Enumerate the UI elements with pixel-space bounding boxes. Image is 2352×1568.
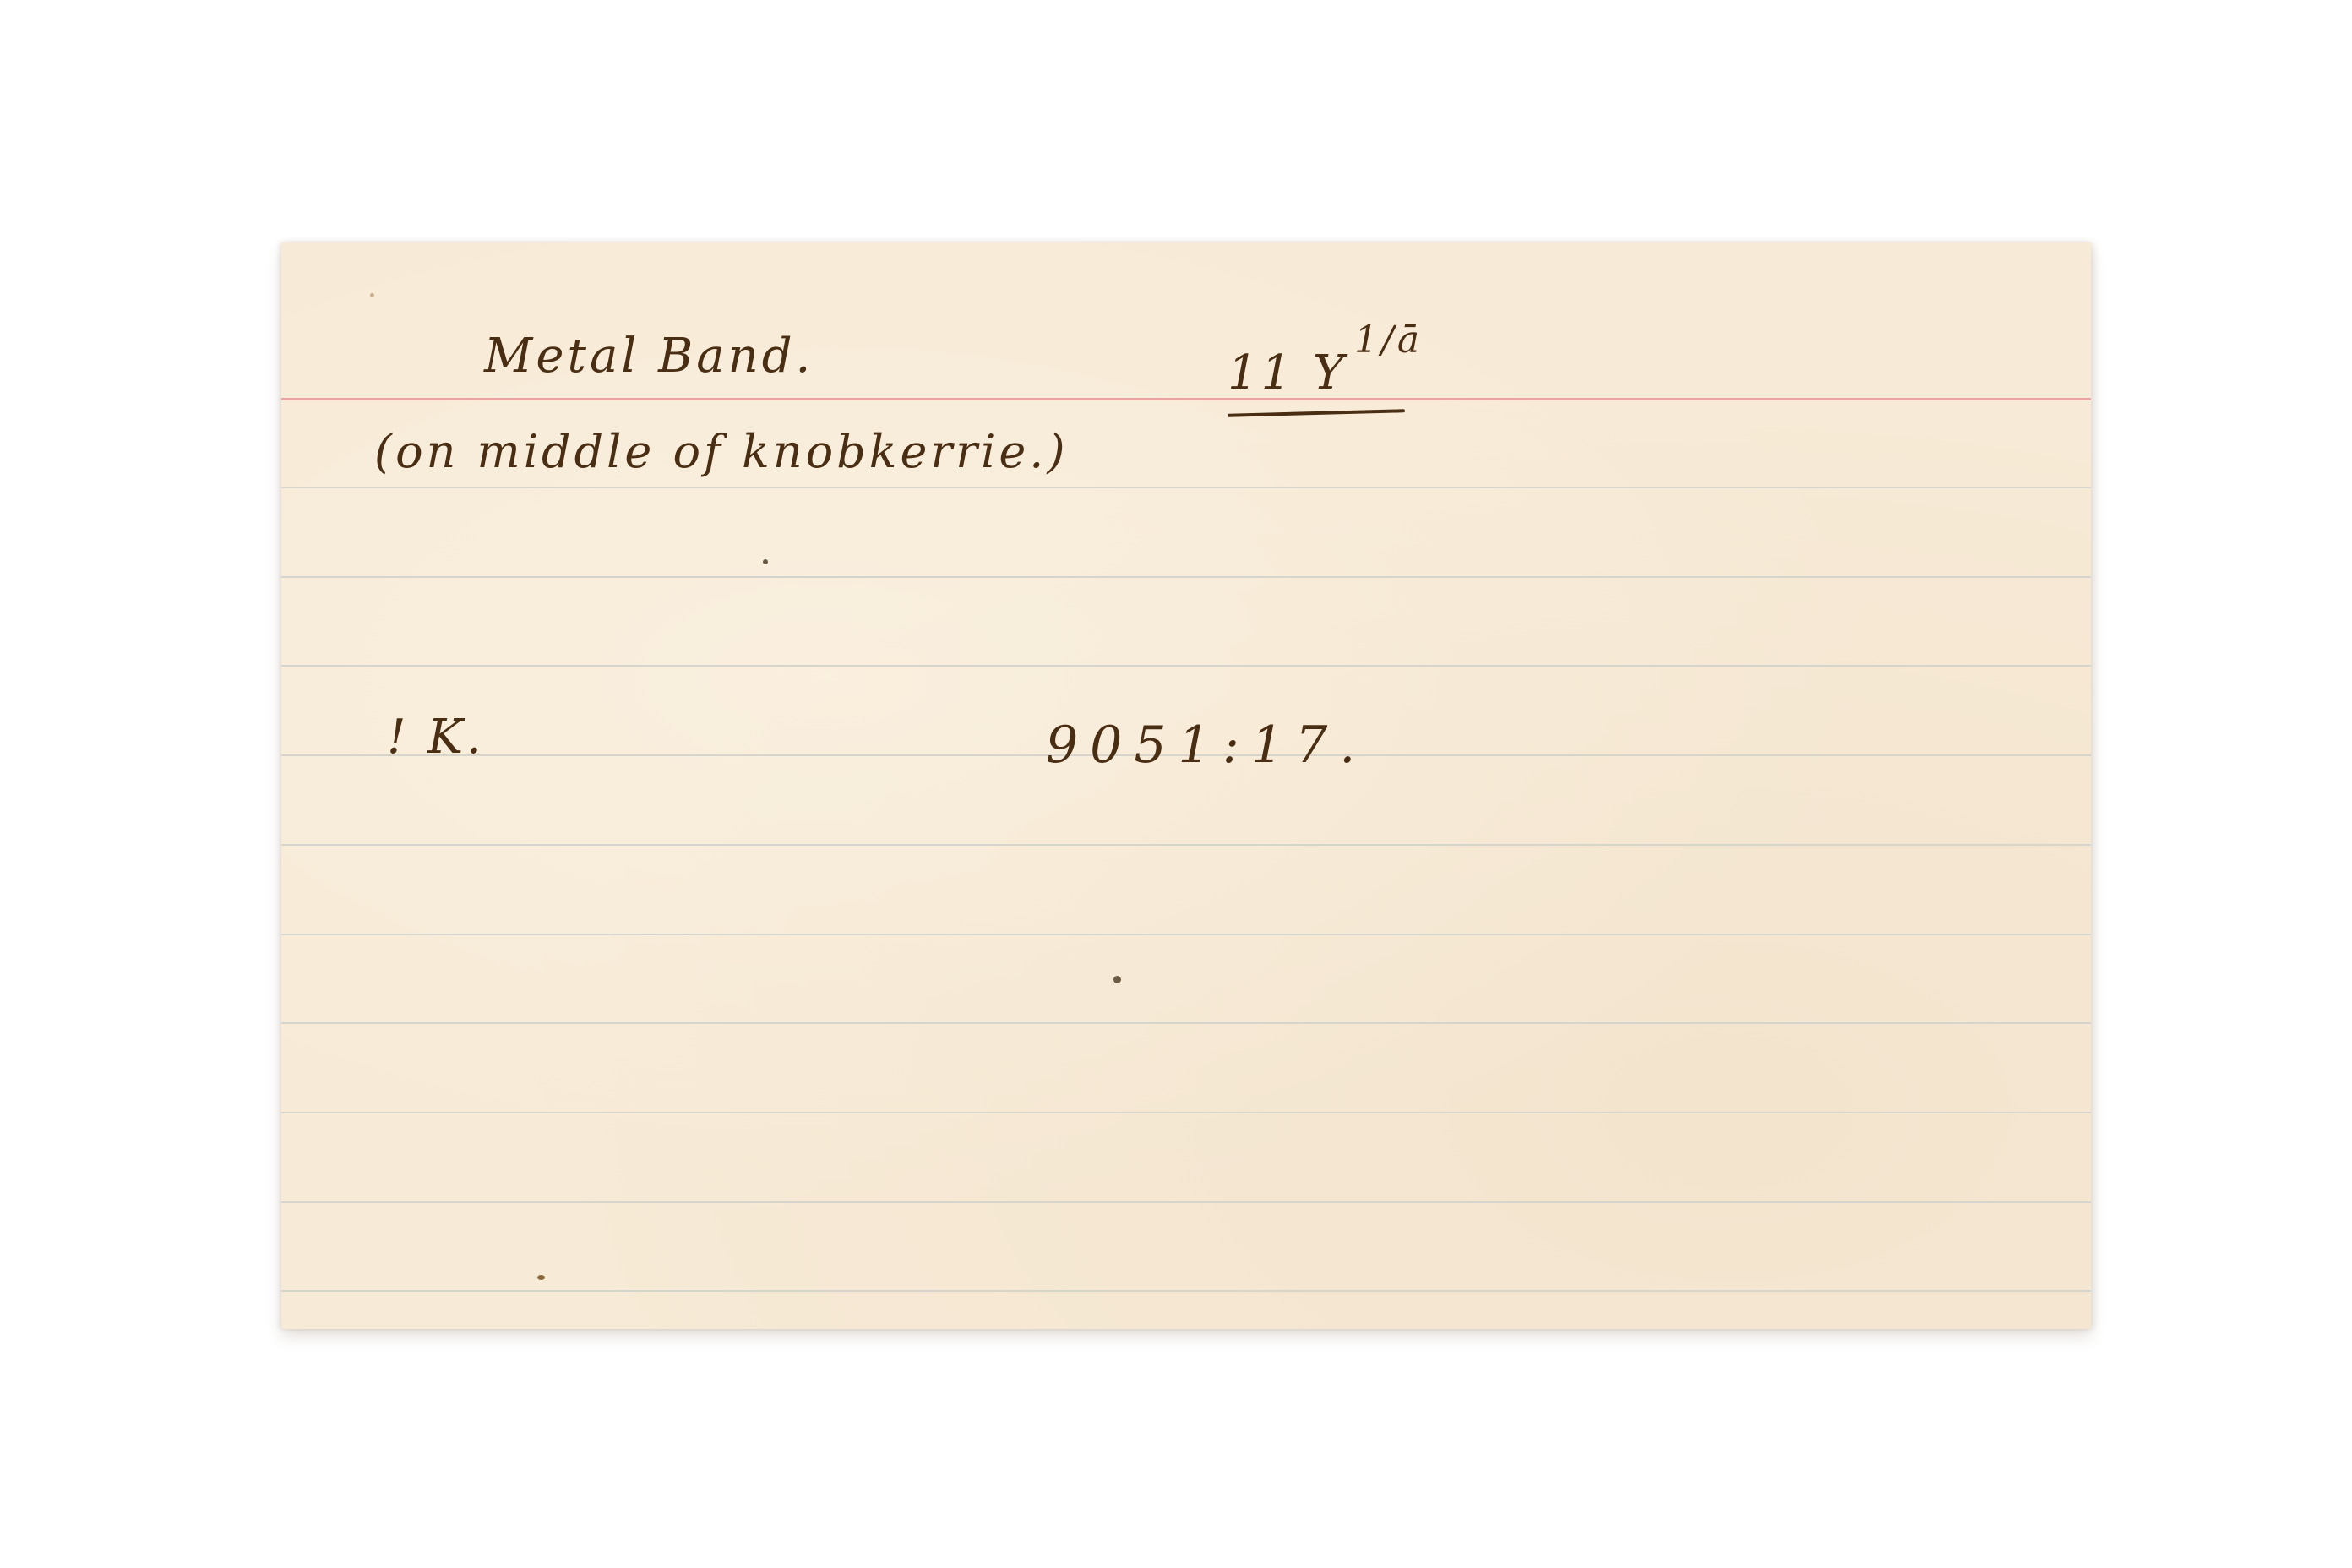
ruled-line bbox=[281, 934, 2091, 935]
paper-speck bbox=[370, 293, 374, 297]
classification-mark: 11 Y 1/ā bbox=[1228, 318, 1405, 428]
catalogue-number: 9051:17. bbox=[1046, 716, 1367, 775]
collection-mark: ! K. bbox=[387, 710, 485, 765]
classification-fraction: 1/ā bbox=[1354, 318, 1423, 362]
entry-title: Metal Band. bbox=[484, 329, 814, 384]
ruled-line bbox=[281, 1201, 2091, 1203]
ruled-line bbox=[281, 1112, 2091, 1113]
classification-code: 11 Y bbox=[1228, 346, 1347, 400]
ruled-line bbox=[281, 576, 2091, 578]
paper-speck bbox=[537, 1275, 545, 1280]
ruled-line bbox=[281, 1290, 2091, 1292]
ruled-line bbox=[281, 487, 2091, 488]
entry-subtitle: (on middle of knobkerrie.) bbox=[374, 425, 1069, 478]
ruled-line bbox=[281, 665, 2091, 667]
header-rule bbox=[281, 398, 2091, 400]
index-card: Metal Band. (on middle of knobkerrie.) 1… bbox=[281, 242, 2091, 1329]
ruled-line bbox=[281, 844, 2091, 846]
ruled-line bbox=[281, 1022, 2091, 1024]
paper-speck bbox=[1113, 976, 1121, 983]
classification-underline bbox=[1228, 409, 1405, 416]
paper-speck bbox=[763, 559, 768, 564]
